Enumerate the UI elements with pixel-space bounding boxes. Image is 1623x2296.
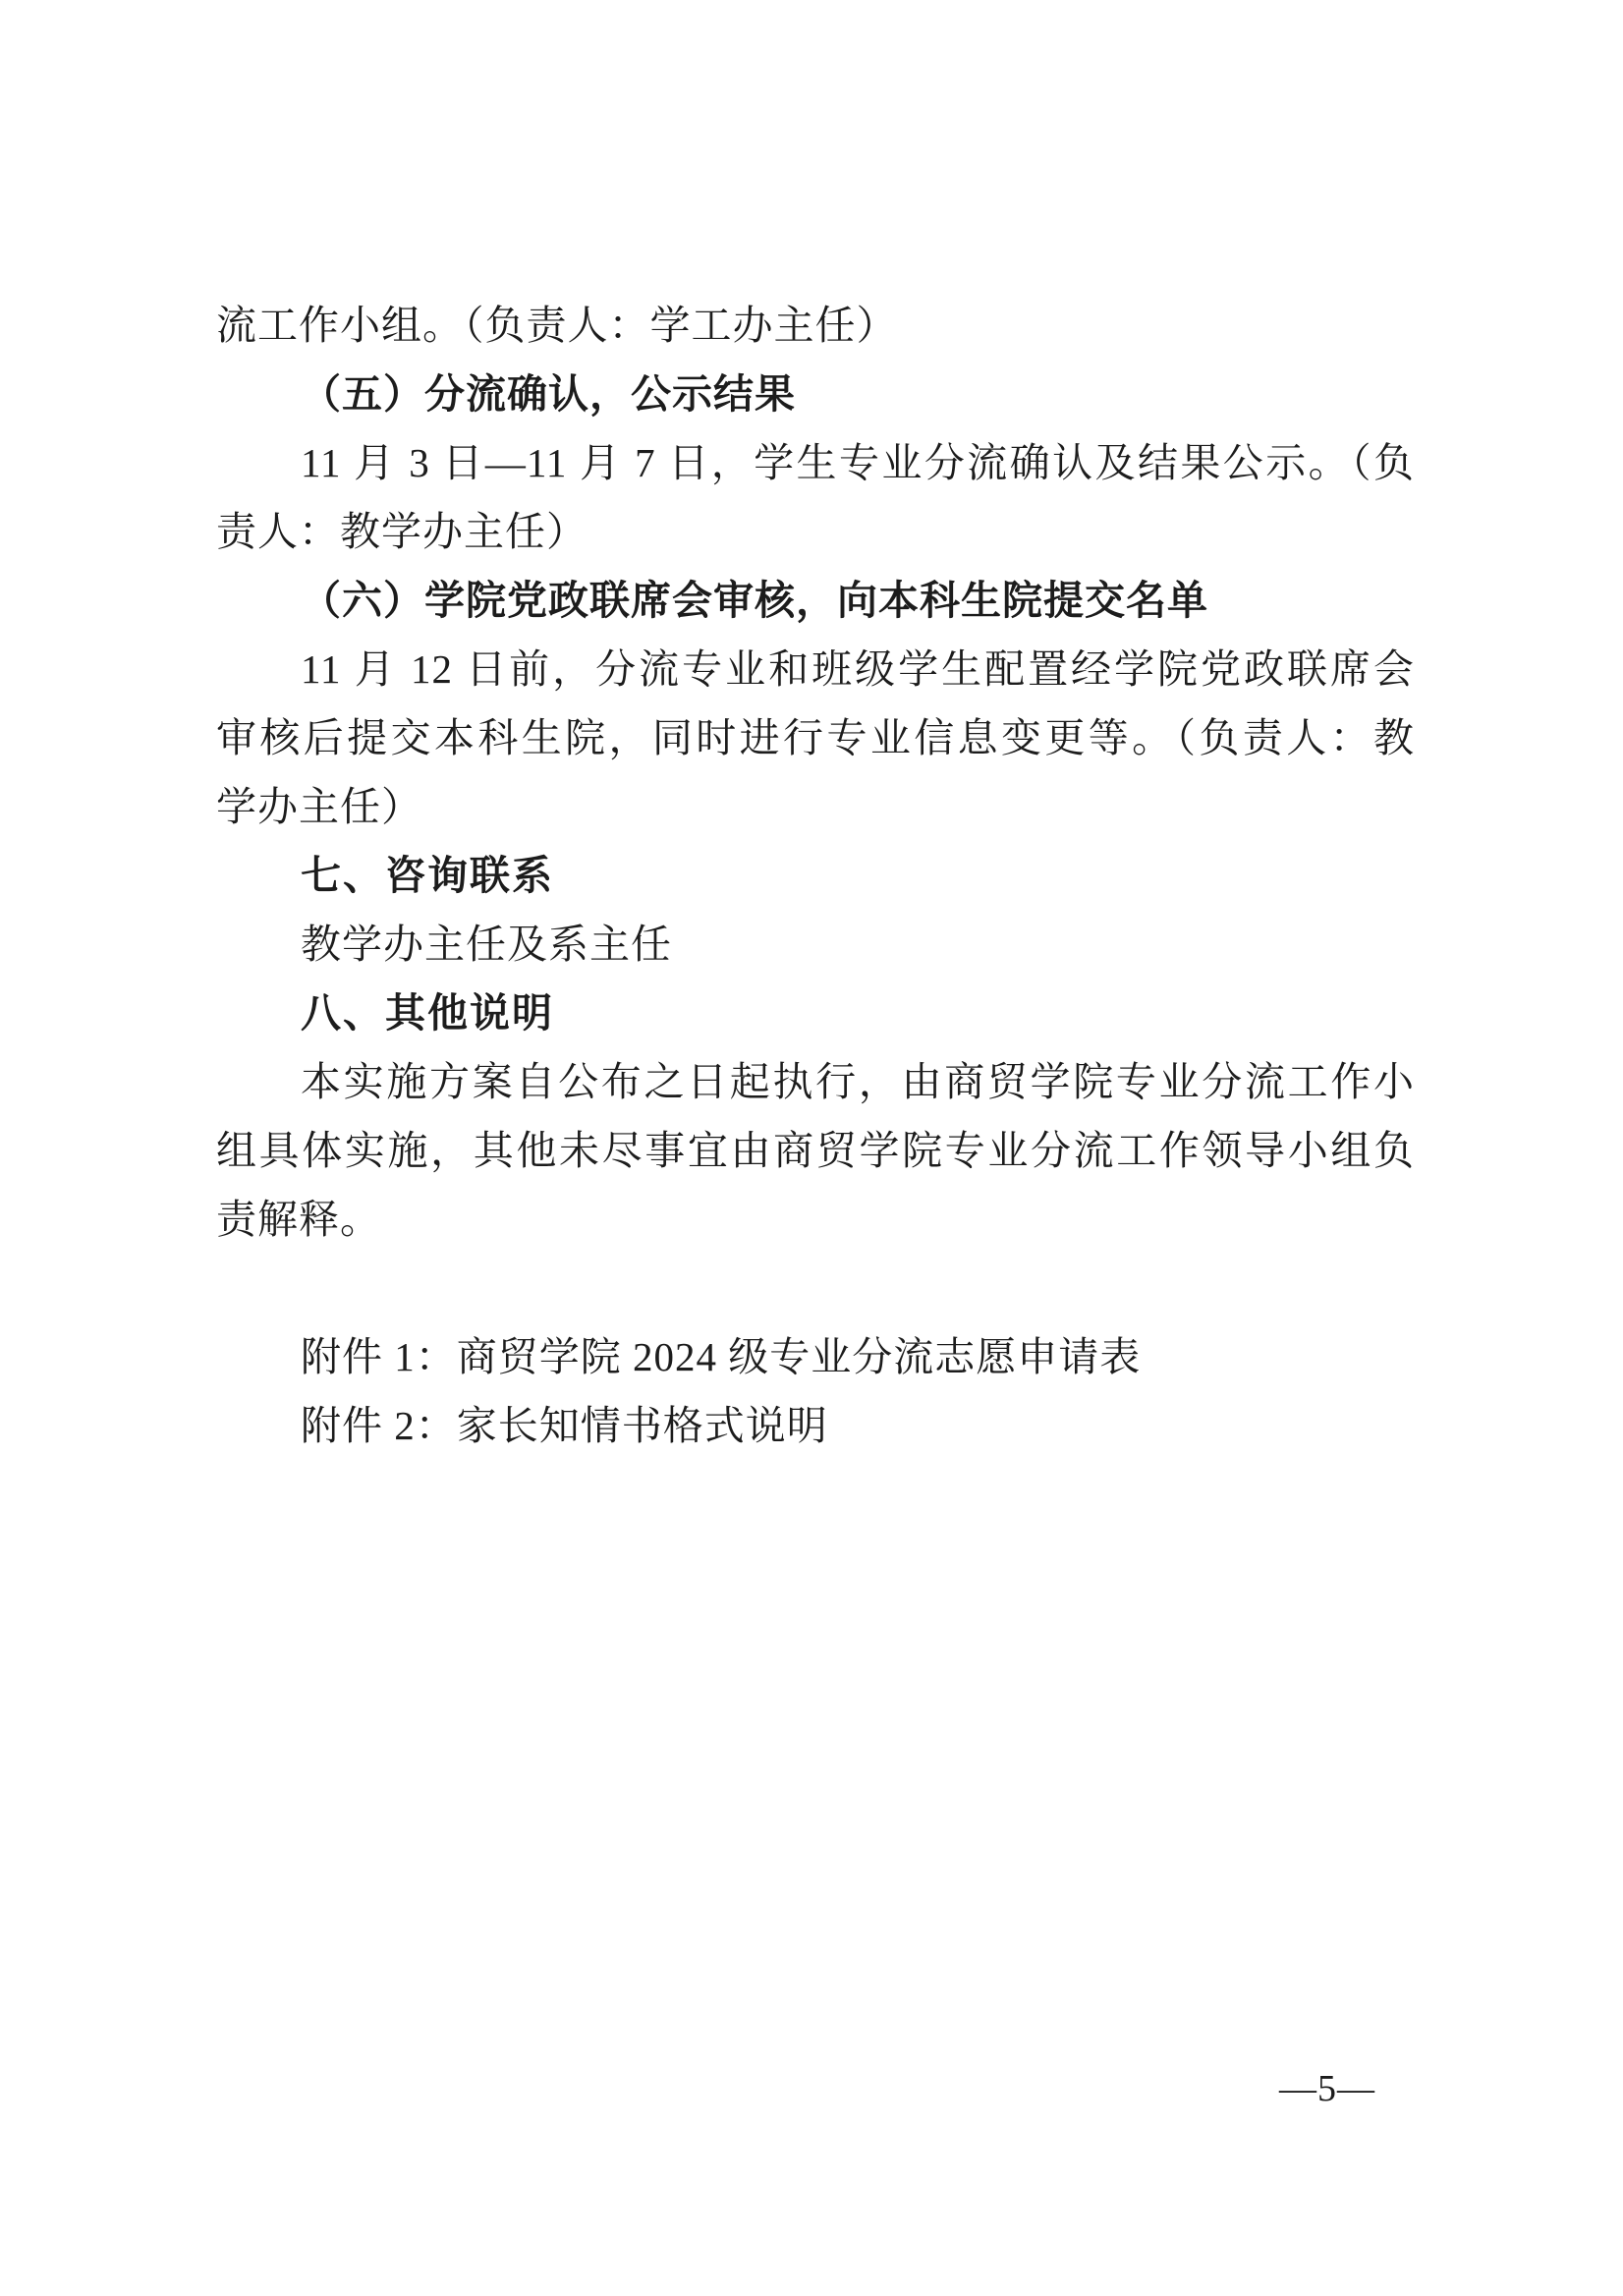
page-number: —5— [1279, 2067, 1375, 2110]
blank-line [216, 1254, 1415, 1322]
body-line: 11 月 3 日—11 月 7 日，学生专业分流确认及结果公示。（负 [216, 428, 1415, 497]
section-heading-5: （五）分流确认，公示结果 [216, 360, 1415, 428]
body-line: 11 月 12 日前，分流专业和班级学生配置经学院党政联席会 [216, 635, 1415, 703]
body-line: 责人：教学办主任） [216, 497, 1415, 566]
body-line: 流工作小组。（负责人：学工办主任） [216, 291, 1415, 360]
body-line: 组具体实施，其他未尽事宜由商贸学院专业分流工作领导小组负 [216, 1116, 1415, 1185]
body-line: 教学办主任及系主任 [216, 910, 1415, 979]
attachment-line-1: 附件 1：商贸学院 2024 级专业分流志愿申请表 [216, 1322, 1415, 1391]
section-heading-8: 八、其他说明 [216, 979, 1415, 1047]
body-line: 学办主任） [216, 772, 1415, 841]
body-line: 责解释。 [216, 1185, 1415, 1254]
section-heading-6: （六）学院党政联席会审核，向本科生院提交名单 [216, 566, 1415, 635]
document-page: 流工作小组。（负责人：学工办主任） （五）分流确认，公示结果 11 月 3 日—… [0, 0, 1623, 2296]
body-line: 本实施方案自公布之日起执行，由商贸学院专业分流工作小 [216, 1047, 1415, 1116]
section-heading-7: 七、咨询联系 [216, 841, 1415, 910]
body-line: 审核后提交本科生院，同时进行专业信息变更等。（负责人：教 [216, 703, 1415, 772]
attachment-line-2: 附件 2：家长知情书格式说明 [216, 1391, 1415, 1460]
document-body: 流工作小组。（负责人：学工办主任） （五）分流确认，公示结果 11 月 3 日—… [216, 291, 1415, 1460]
